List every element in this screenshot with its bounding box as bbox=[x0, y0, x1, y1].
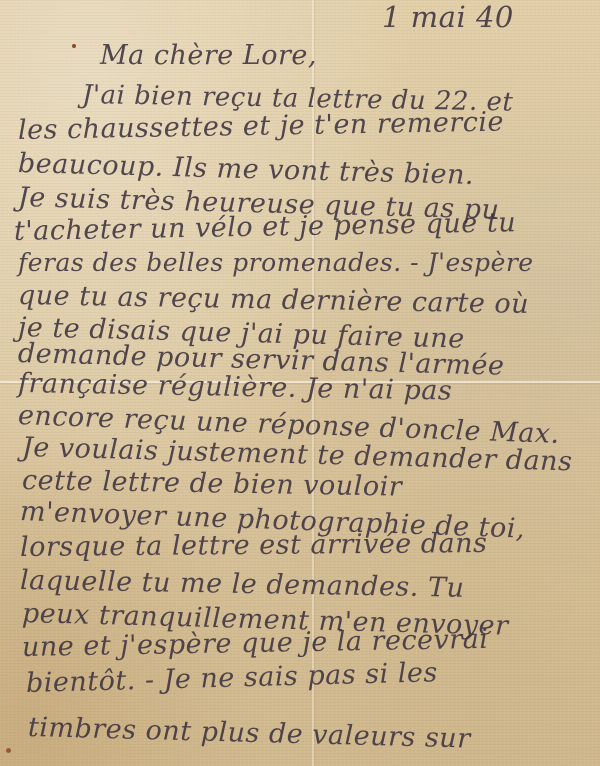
letter-line-13: cette lettre de bien vouloir bbox=[22, 465, 403, 503]
letter-page: 1 mai 40 Ma chère Lore, J'ai bien reçu t… bbox=[0, 0, 600, 766]
letter-line-16: laquelle tu me le demandes. Tu bbox=[20, 565, 465, 604]
letter-line-10: française régulière. Je n'ai pas bbox=[18, 368, 453, 407]
letter-line-6: feras des belles promenades. - J'espère bbox=[18, 248, 534, 277]
stain-spot bbox=[6, 748, 11, 753]
letter-line-15: lorsque ta lettre est arrivée dans bbox=[20, 528, 488, 563]
ink-spot bbox=[72, 44, 76, 48]
salutation: Ma chère Lore, bbox=[100, 40, 317, 71]
letter-date: 1 mai 40 bbox=[382, 0, 514, 34]
letter-line-20: timbres ont plus de valeurs sur bbox=[28, 712, 471, 755]
diagonal-fold-crease bbox=[0, 0, 119, 41]
letter-line-19: bientôt. - Je ne sais pas si les bbox=[26, 657, 439, 699]
letter-line-2: les chaussettes et je t'en remercie bbox=[18, 107, 505, 146]
